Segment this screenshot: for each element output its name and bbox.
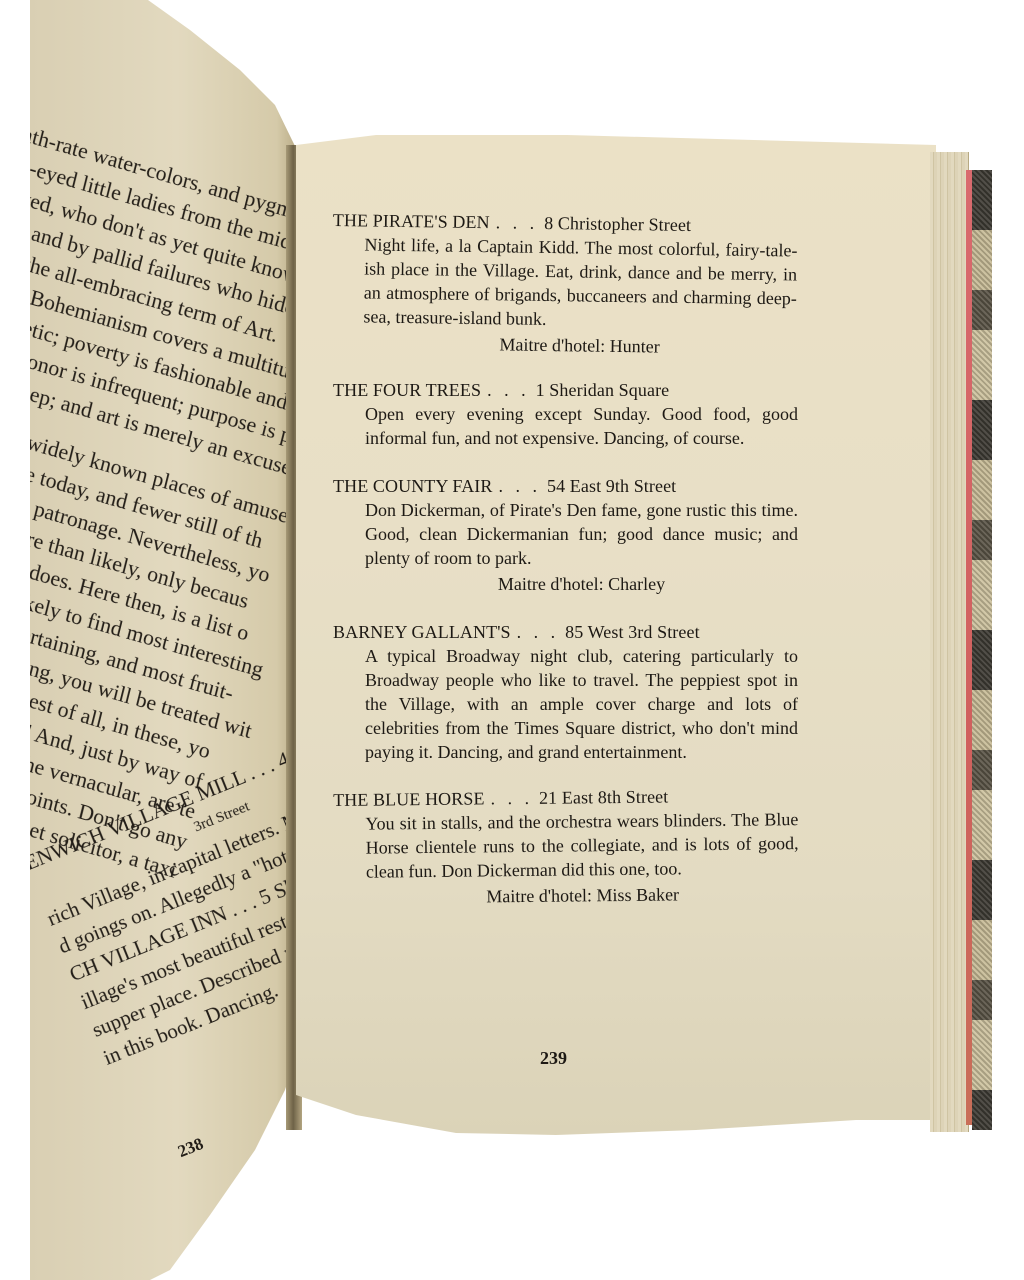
leader-dots: . . . xyxy=(484,788,539,809)
venue-name: BARNEY GALLANT'S xyxy=(333,622,511,642)
leader-dots: . . . xyxy=(511,622,566,642)
listing-heading: THE FOUR TREES. . .1 Sheridan Square xyxy=(333,378,798,402)
page-number-right: 239 xyxy=(540,1048,567,1069)
listing-entry: THE COUNTY FAIR. . .54 East 9th Street D… xyxy=(333,474,798,596)
venue-description: You sit in stalls, and the orchestra wea… xyxy=(333,807,799,884)
listing-heading: BARNEY GALLANT'S. . .85 West 3rd Street xyxy=(333,620,798,644)
leader-dots: . . . xyxy=(481,380,536,400)
venue-description: Open every evening except Sunday. Good f… xyxy=(333,402,798,450)
venue-name: THE COUNTY FAIR xyxy=(333,476,493,496)
maitre-d: Maitre d'hotel: Miss Baker xyxy=(334,881,799,910)
venue-address: 54 East 9th Street xyxy=(547,476,676,496)
page-number-left: 238 xyxy=(175,1134,206,1162)
leader-dots: . . . xyxy=(490,212,545,233)
cover-patterned-board xyxy=(972,170,992,1130)
venue-name: THE PIRATE'S DEN xyxy=(333,210,490,232)
listing-entry: THE BLUE HORSE. . .21 East 8th Street Yo… xyxy=(333,783,799,910)
listing-entry: THE FOUR TREES. . .1 Sheridan Square Ope… xyxy=(333,378,798,450)
maitre-d: Maitre d'hotel: Hunter xyxy=(331,330,796,360)
page-edges xyxy=(930,152,969,1132)
left-page: nth-rate water-colors, and pygmies wh le… xyxy=(30,0,298,1280)
venue-name: THE FOUR TREES xyxy=(333,380,481,400)
venue-address: 8 Christopher Street xyxy=(544,213,691,235)
right-page-listings: THE PIRATE'S DEN. . .8 Christopher Stree… xyxy=(333,208,798,934)
venue-description: Don Dickerman, of Pirate's Den fame, gon… xyxy=(333,498,798,570)
leader-dots: . . . xyxy=(493,476,548,496)
venue-address: 1 Sheridan Square xyxy=(536,380,670,400)
maitre-d: Maitre d'hotel: Charley xyxy=(333,572,798,596)
venue-description: Night life, a la Captain Kidd. The most … xyxy=(331,232,797,334)
listing-entry: THE PIRATE'S DEN. . .8 Christopher Stree… xyxy=(331,208,798,360)
venue-name: THE BLUE HORSE xyxy=(333,788,485,810)
venue-description: A typical Broadway night club, catering … xyxy=(333,644,798,764)
venue-address: 21 East 8th Street xyxy=(539,786,668,807)
listing-entry: BARNEY GALLANT'S. . .85 West 3rd Street … xyxy=(333,620,798,764)
venue-address: 85 West 3rd Street xyxy=(565,622,700,642)
listing-heading: THE COUNTY FAIR. . .54 East 9th Street xyxy=(333,474,798,498)
